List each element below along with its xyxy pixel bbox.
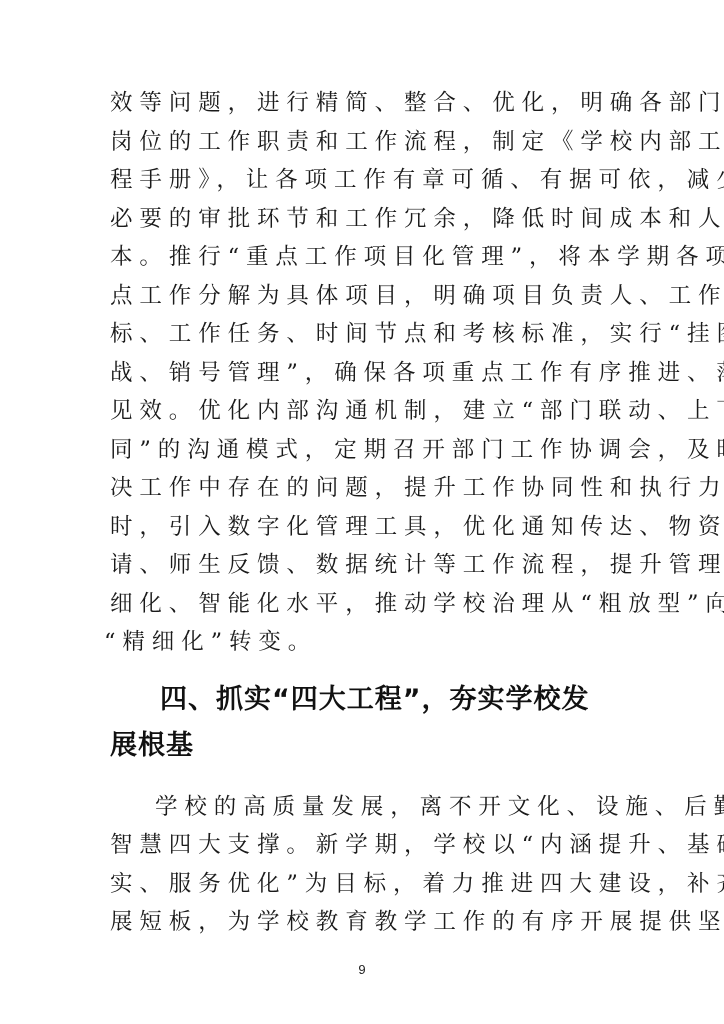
text-line: 标、工作任务、时间节点和考核标准，实行“挂图作 <box>110 315 620 353</box>
text-line: 请、师生反馈、数据统计等工作流程，提升管理的精 <box>110 546 620 584</box>
text-line: 程手册》，让各项工作有章可循、有据可依，减少不 <box>110 161 620 199</box>
text-line: “精细化”转变。 <box>104 623 614 661</box>
section-heading-line: 四、抓实“四大工程”，夯实学校发 <box>160 677 670 723</box>
text-line: 点工作分解为具体项目，明确项目负责人、工作目 <box>110 277 620 315</box>
text-line: 同”的沟通模式，定期召开部门工作协调会，及时解 <box>110 431 620 469</box>
text-line: 细化、智能化水平，推动学校治理从“粗放型”向 <box>110 585 620 623</box>
section-heading-line: 展根基 <box>110 723 620 769</box>
document-page: 效等问题，进行精简、整合、优化，明确各部门、各 岗位的工作职责和工作流程，制定《… <box>0 0 724 1024</box>
text-line: 展短板，为学校教育教学工作的有序开展提供坚实保 <box>110 903 620 941</box>
text-line: 见效。优化内部沟通机制，建立“部门联动、上下协 <box>110 392 620 430</box>
page-number: 9 <box>0 962 724 977</box>
text-line: 学校的高质量发展，离不开文化、设施、后勤、 <box>155 788 620 826</box>
text-line: 岗位的工作职责和工作流程，制定《学校内部工作流 <box>110 123 620 161</box>
text-line: 必要的审批环节和工作冗余，降低时间成本和人力成 <box>110 200 620 238</box>
text-line: 本。推行“重点工作项目化管理”，将本学期各项重 <box>110 238 620 276</box>
text-line: 实、服务优化”为目标，着力推进四大建设，补齐发 <box>110 865 620 903</box>
text-line: 智慧四大支撑。新学期，学校以“内涵提升、基础夯 <box>110 826 620 864</box>
text-line: 战、销号管理”，确保各项重点工作有序推进、落地 <box>110 354 620 392</box>
text-line: 效等问题，进行精简、整合、优化，明确各部门、各 <box>110 84 620 122</box>
text-line: 时，引入数字化管理工具，优化通知传达、物资申 <box>110 508 620 546</box>
text-line: 决工作中存在的问题，提升工作协同性和执行力。同 <box>110 469 620 507</box>
